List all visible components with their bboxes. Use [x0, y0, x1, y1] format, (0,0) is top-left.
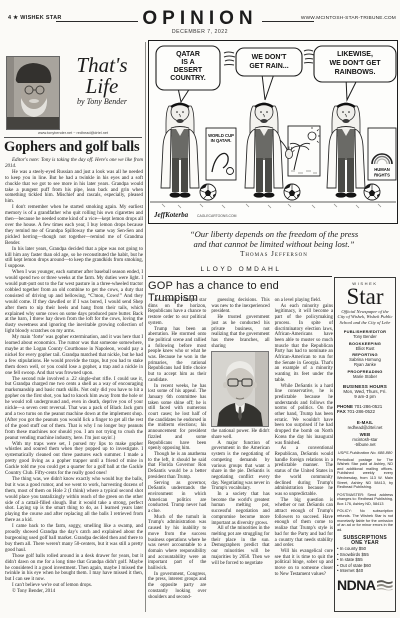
- masthead-official-desc: Official Newspaper of the City of Wishek…: [337, 309, 393, 325]
- masthead-brand: Star: [337, 286, 393, 307]
- article-paragraph: In a society that has become the world's…: [211, 492, 269, 526]
- article-paragraph: In government, Congress, the press, inte…: [148, 572, 206, 601]
- quote-attribution: Thomas Jefferson: [150, 250, 398, 258]
- article-paragraph: All of the minorities in the melting pot…: [211, 526, 269, 566]
- article-paragraph: Trump has been an aberration. He stormed…: [148, 327, 206, 384]
- bubble3-line: RAINBOWS.: [335, 69, 376, 76]
- bubble3-line: LIKEWISE,: [337, 51, 373, 58]
- header-rule-right: [262, 21, 314, 22]
- bubble1-line: COUNTRY.: [170, 75, 206, 82]
- article-paragraph: With my traps were set, I pursed my lips…: [5, 442, 143, 477]
- issue-date: DECEMBER 7, 2022: [140, 29, 260, 35]
- bubble1-line: IS A: [181, 59, 194, 66]
- phone-label: PHONE: [337, 404, 353, 409]
- article-paragraph: Those golf balls rolled around in a desk…: [5, 554, 143, 584]
- fax-number: 701-286-0522: [347, 409, 375, 414]
- publisher-name: Tony Bender: [337, 334, 393, 339]
- left-article-body: Editor's note: Tony is taking the day of…: [5, 158, 143, 595]
- article-paragraph: Will his evangelical core see that it is…: [275, 549, 333, 578]
- bubble3-line: WE DON'T GET: [329, 60, 381, 67]
- editorial-cartoon: QATAR IS A DESERT COUNTRY. WE DON'T GET …: [148, 40, 398, 224]
- world-cup-poster: WORLD CUP IN QATAR.: [206, 128, 236, 180]
- article-paragraph: Much of the tumult in Trump's administra…: [148, 515, 206, 572]
- section-title: OPINION: [140, 8, 260, 30]
- bubble2-line: WE DON'T: [252, 54, 287, 61]
- business-hours-days: Mon, Wed, Thurs, Fri.: [337, 389, 393, 394]
- article-paragraph: Serving as governor, DeSantis understand…: [148, 481, 206, 515]
- article-paragraph: I don't remember when he started smoking…: [5, 205, 143, 246]
- column-byline: by Tony Bender: [60, 97, 144, 107]
- quote-line2: and that cannot be limited without being…: [150, 239, 398, 249]
- article-paragraph: A major function of government in the Am…: [211, 441, 269, 492]
- author-contact-line: www.tonybender.net ~ redhead@drtel.net: [4, 131, 142, 135]
- email-address: redhead@drtel.net: [337, 425, 393, 430]
- cartoonist-signature: JeffKoterba: [153, 211, 189, 219]
- postage-notice: Periodical postage for The Wishek Star p…: [337, 458, 393, 490]
- website-url: WWW.MCINTOSH-STAR-TRIBUNE.COM: [301, 16, 396, 21]
- cartoon-credit: CAGLECARTOONS.COM: [197, 214, 237, 218]
- article-paragraph: While DeSantis is a hard line conservati…: [275, 384, 333, 447]
- editors-note: Editor's note: Tony is taking the day of…: [5, 158, 143, 170]
- article-paragraph: He was a steely-eyed Russian and just a …: [5, 170, 143, 205]
- fax-label: FAX: [337, 409, 346, 414]
- article-paragraph: guessing decisions. This was new to the …: [211, 298, 269, 315]
- svg-text:RIGHTS: RIGHTS: [374, 173, 390, 178]
- subscription-rate: • Internet $40: [337, 568, 393, 573]
- article-paragraph: the national power. He didn't share well…: [211, 429, 269, 440]
- article-paragraph: He trusted government just as he conduct…: [211, 315, 269, 349]
- human-rights-poster: HUMAN RIGHTS: [368, 128, 396, 180]
- quote-line1: “Our liberty depends on the freedom of t…: [150, 229, 398, 239]
- article-paragraph: The thing was, we didn't know exactly wh…: [5, 477, 143, 524]
- lloyd-omdahl-photo: [211, 351, 269, 427]
- proofreading-name: Marie Stober: [337, 374, 393, 379]
- article-paragraph: When I was younger, each summer after ba…: [5, 270, 143, 335]
- ndna-logo: NDNA: [337, 577, 393, 593]
- svg-text:IN QATAR.: IN QATAR.: [211, 138, 232, 143]
- pull-quote: “Our liberty depends on the freedom of t…: [150, 229, 398, 258]
- article-paragraph: Though he is an anathema to the left, it…: [148, 452, 206, 481]
- article-paragraph: In recent weeks, he has lost some of his…: [148, 384, 206, 452]
- article-paragraph: As each minority gains legitimacy, it wi…: [275, 304, 333, 384]
- article-paragraph: In his later years, Grandpa decided that…: [5, 247, 143, 271]
- speech-bubble-2: [236, 48, 302, 76]
- left-column-rule: [4, 137, 142, 138]
- article-paragraph: I came back to the farm, soggy, smelling…: [5, 524, 143, 554]
- tony-bender-photo: [6, 56, 60, 130]
- gop-byline: LLOYD OMDAHL: [150, 266, 332, 273]
- bookkeeping-name: Elliot Rust: [337, 346, 393, 351]
- bubble1-line: DESERT: [174, 67, 203, 74]
- soccer-ball: [200, 184, 216, 200]
- policy-notice: POLICY: No subscription refunds. The Wis…: [337, 509, 393, 532]
- gop-column-3: on a level playing field. As each minori…: [275, 298, 333, 612]
- ndna-logo-text: NDNA: [337, 577, 375, 593]
- header-rule-left: [56, 21, 138, 22]
- postmaster-notice: POSTMASTER: Send address changes to: Red…: [337, 493, 393, 507]
- svg-text:HUMAN: HUMAN: [374, 167, 390, 172]
- gop-byline-rule: [148, 276, 332, 277]
- article-paragraph: The second rule involved a .22 single-sh…: [5, 377, 143, 442]
- gop-article-body: As Donald Trump's star dims on the horiz…: [148, 298, 333, 612]
- article-paragraph: The big question is whether or not DeSan…: [275, 498, 333, 549]
- bubble1-line: QATAR: [176, 51, 200, 58]
- gop-column-2: guessing decisions. This was new to the …: [211, 298, 269, 612]
- ndna-flag-icon: [377, 579, 393, 591]
- gop-column-1: As Donald Trump's star dims on the horiz…: [148, 298, 206, 612]
- business-hours-label: BUSINESS HOURS: [337, 384, 393, 389]
- page-number-paper-label: 4 ★ WISHEK STAR: [8, 15, 62, 21]
- left-article-headline: Gophers and golf balls: [4, 139, 144, 156]
- newspaper-page: 4 ★ WISHEK STAR OPINION WWW.MCINTOSH-STA…: [0, 0, 400, 618]
- column-title-line2: Life: [60, 76, 144, 97]
- business-hours-time: 9 am-3 pm: [337, 394, 393, 399]
- soccer-ball: [364, 184, 380, 200]
- article-paragraph: As a conventional Republican, DeSantis w…: [275, 446, 333, 497]
- masthead-box: WISHEK Star Official Newspaper of the Ci…: [334, 277, 396, 612]
- reporter-name: Ryan Janke: [337, 362, 393, 367]
- desert-picture: [288, 126, 320, 176]
- article-copyright: © Tony Bender, 2014: [5, 589, 143, 595]
- article-paragraph: As Donald Trump's star dims on the horiz…: [148, 298, 206, 327]
- web-address: -tribune.net: [337, 442, 393, 447]
- soccer-ball: [284, 184, 300, 200]
- column-divider: [145, 42, 146, 612]
- bubble2-line: GET RAIN...: [249, 63, 288, 70]
- column-title-line1: That's: [60, 54, 144, 76]
- phone-number: 701-286-0521: [354, 404, 382, 409]
- usps-number: USPS Publication No. 688-880: [337, 450, 393, 455]
- article-paragraph: My main ‘forte’ was gopher extermination…: [5, 335, 143, 376]
